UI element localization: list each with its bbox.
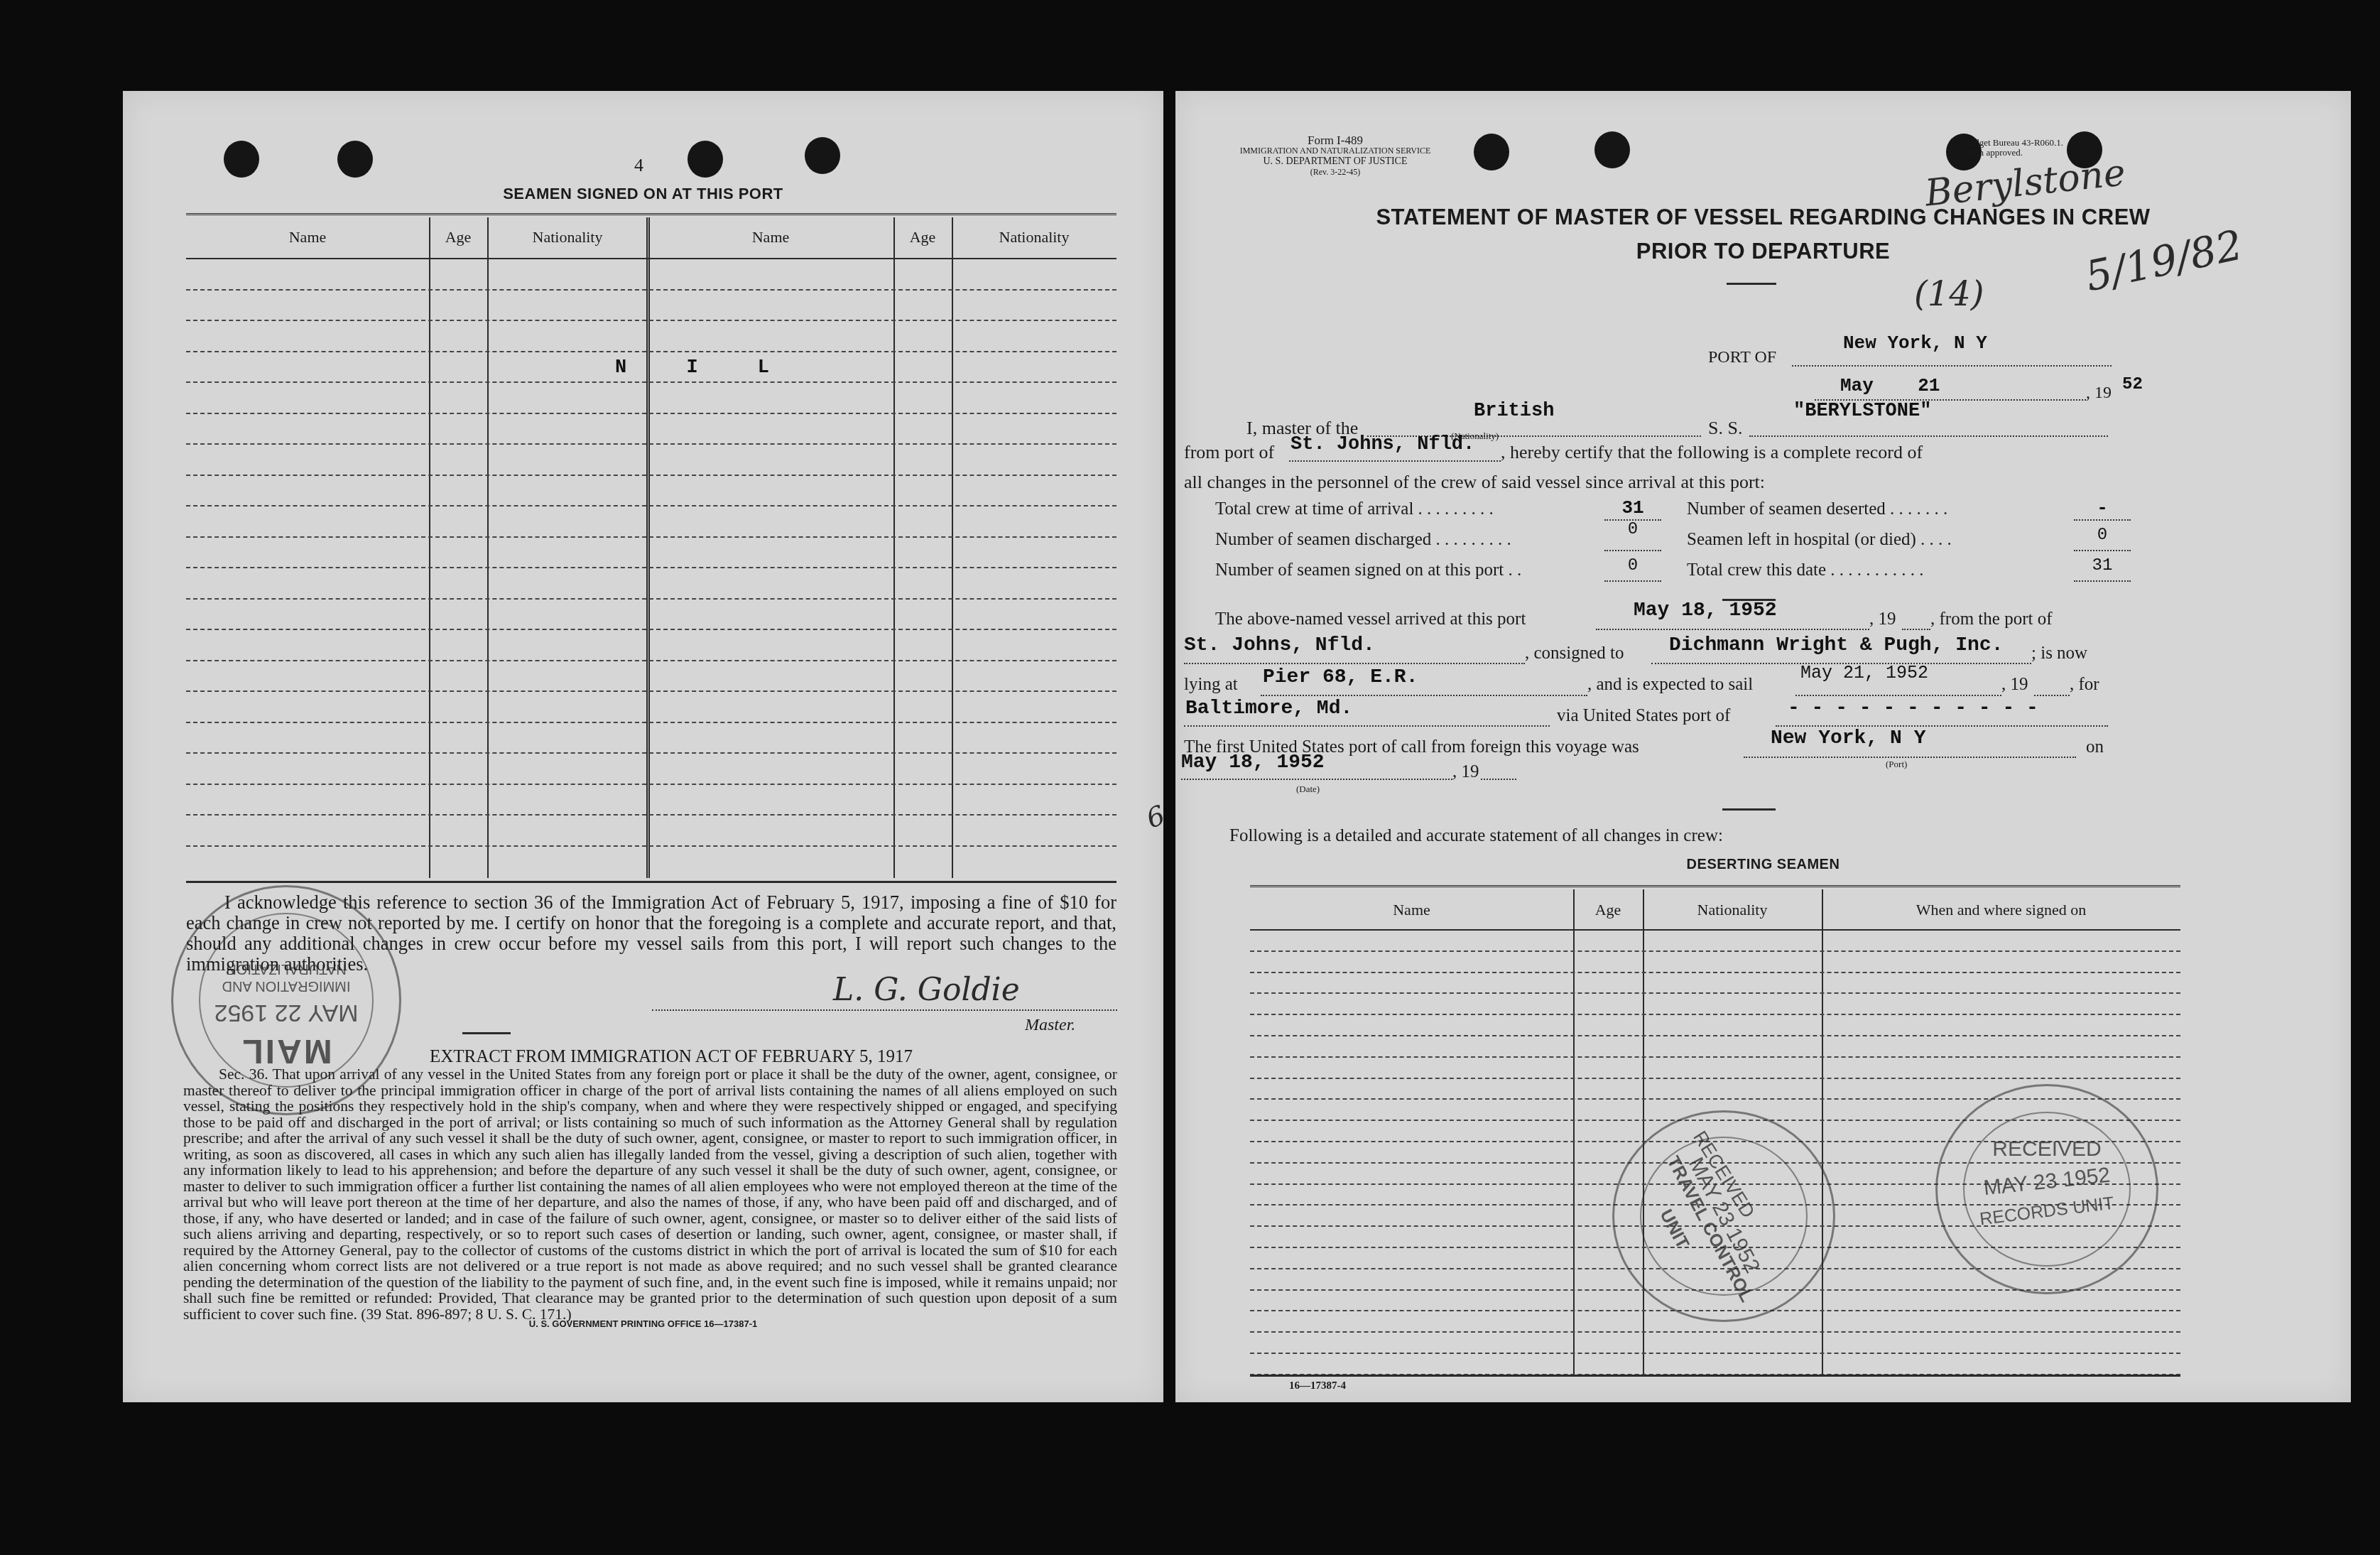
year-label: , 19 xyxy=(1452,762,1479,782)
from-port-label: from port of xyxy=(1184,442,1274,463)
handwritten-date: 5/19/82 xyxy=(2081,220,2246,300)
origin-port-line xyxy=(1184,663,1525,664)
vessel-name[interactable]: "BERYLSTONE" xyxy=(1793,401,1931,422)
stat-line xyxy=(1604,580,1661,582)
separator xyxy=(462,1032,511,1034)
table-row-line xyxy=(1250,972,2180,973)
from-port-field-line xyxy=(1289,460,1501,462)
left-page: 4 SEAMEN SIGNED ON AT THIS PORT Name Age… xyxy=(123,91,1163,1402)
year-prefix: , 19 xyxy=(2086,384,2112,403)
table-row-line xyxy=(186,505,1116,506)
year-line xyxy=(1902,629,1930,630)
table-row-line xyxy=(186,845,1116,847)
nationality-value[interactable]: British xyxy=(1474,401,1554,422)
certify-text-2: all changes in the personnel of the crew… xyxy=(1184,472,1765,493)
table-row-line xyxy=(186,351,1116,352)
column-divider xyxy=(1822,889,1823,1375)
expected-sail-label: , and is expected to sail xyxy=(1587,675,1753,695)
column-header-name: Name xyxy=(1250,901,1573,919)
via-port[interactable]: - - - - - - - - - - - xyxy=(1788,698,2038,720)
year-line xyxy=(2034,695,2070,696)
nationality-caption: (Nationality) xyxy=(1451,430,1499,442)
first-port-line xyxy=(1744,757,2076,758)
stat-discharged-label: Number of seamen discharged . . . . . . … xyxy=(1215,530,1599,550)
destination[interactable]: Baltimore, Md. xyxy=(1185,698,1352,720)
column-header-age: Age xyxy=(1573,901,1643,919)
table-row-line xyxy=(1250,1056,2180,1058)
deserting-table-top-rule xyxy=(1250,885,2180,889)
column-header-name-2: Name xyxy=(648,228,893,246)
table-row-line xyxy=(186,722,1116,723)
via-port-line xyxy=(1776,725,2108,727)
for-label: , for xyxy=(2070,675,2099,695)
mail-stamp: MAIL MAY 22 1952 IMMIGRATION AND NATURAL… xyxy=(171,885,401,1115)
year-line xyxy=(1481,779,1516,780)
table-row-line xyxy=(186,413,1116,414)
separator xyxy=(1722,808,1776,811)
right-page: Form I-489 IMMIGRATION AND NATURALIZATIO… xyxy=(1175,91,2351,1402)
is-now-label: ; is now xyxy=(2031,644,2087,663)
column-divider xyxy=(429,217,430,878)
table-row-line xyxy=(1250,950,2180,952)
destination-line xyxy=(1184,725,1550,727)
revision-date: (Rev. 3-22-45) xyxy=(1218,167,1452,178)
stat-hospital-label: Seamen left in hospital (or died) . . . … xyxy=(1687,530,2092,550)
department-name: U. S. DEPARTMENT OF JUSTICE xyxy=(1218,156,1452,167)
signature-line xyxy=(652,1009,1117,1011)
stat-line xyxy=(1604,550,1661,551)
separator xyxy=(1727,283,1776,285)
table-row-line xyxy=(1250,1353,2180,1354)
printer-line: U. S. GOVERNMENT PRINTING OFFICE 16—1738… xyxy=(123,1318,1163,1329)
from-port-of-label: , from the port of xyxy=(1930,609,2052,629)
stat-total-date-label: Total crew this date . . . . . . . . . .… xyxy=(1687,560,2092,580)
table-row-line xyxy=(186,475,1116,476)
first-port-date[interactable]: May 18, 1952 xyxy=(1181,752,1325,774)
table-row-line xyxy=(1250,992,2180,994)
column-header-nationality: Nationality xyxy=(487,228,648,246)
table-row-line xyxy=(186,814,1116,816)
port-label: PORT OF xyxy=(1708,348,1776,367)
handwritten-number: (14) xyxy=(1914,274,1984,314)
table-row-line xyxy=(186,784,1116,785)
port-caption: (Port) xyxy=(1886,759,1907,770)
deserting-title: DESERTING SEAMEN xyxy=(1175,857,2351,873)
date-value[interactable]: May 21 xyxy=(1840,375,1940,396)
table-row-line xyxy=(186,320,1116,321)
stat-total-date-value[interactable]: 31 xyxy=(2074,556,2131,575)
table-row-line xyxy=(186,289,1116,291)
punch-hole xyxy=(805,137,840,174)
arrival-date[interactable]: May 18, 1952 xyxy=(1634,600,1777,622)
table-row-line xyxy=(186,629,1116,630)
year-label: , 19 xyxy=(2001,675,2028,695)
table-row-line xyxy=(186,567,1116,568)
year-suffix[interactable]: 52 xyxy=(2122,375,2143,394)
consignee[interactable]: Dichmann Wright & Pugh, Inc. xyxy=(1669,634,2003,656)
received-records-unit-stamp: RECEIVED MAY 23 1952 RECORDS UNIT xyxy=(1935,1084,2158,1294)
column-header-age: Age xyxy=(429,228,487,246)
on-label: on xyxy=(2086,737,2104,757)
table-row-line xyxy=(1250,1014,2180,1015)
origin-port[interactable]: St. Johns, Nfld. xyxy=(1184,634,1375,656)
column-divider xyxy=(893,217,895,878)
via-port-label: via United States port of xyxy=(1557,706,1730,726)
column-divider xyxy=(487,217,489,878)
punch-hole xyxy=(1594,131,1630,168)
stat-signed-on-value[interactable]: 0 xyxy=(1604,556,1661,575)
column-divider xyxy=(1573,889,1575,1375)
table-header-rule xyxy=(186,258,1116,259)
page-number: 4 xyxy=(634,155,643,176)
table-top-rule xyxy=(186,213,1116,217)
lying-at-label: lying at xyxy=(1184,675,1238,695)
stat-hospital-value[interactable]: 0 xyxy=(2074,526,2131,545)
ss-label: S. S. xyxy=(1708,418,1742,439)
table-row-line xyxy=(186,752,1116,754)
port-field-line xyxy=(1792,365,2112,367)
punch-hole xyxy=(337,141,373,178)
date-caption: (Date) xyxy=(1296,784,1320,795)
column-divider xyxy=(952,217,953,878)
table-title: SEAMEN SIGNED ON AT THIS PORT xyxy=(123,185,1163,203)
table-row-line xyxy=(1250,1331,2180,1333)
certify-text: , hereby certify that the following is a… xyxy=(1501,442,1923,463)
column-header-nationality-2: Nationality xyxy=(952,228,1116,246)
deserting-table-bottom-rule xyxy=(1250,1375,2180,1377)
column-header-name: Name xyxy=(186,228,429,246)
column-header-nationality: Nationality xyxy=(1643,901,1822,919)
changes-intro: Following is a detailed and accurate sta… xyxy=(1229,826,1723,846)
consigned-label: , consigned to xyxy=(1525,644,1624,663)
deserting-header-rule xyxy=(1250,929,2180,931)
year-label: , 19 xyxy=(1869,609,1896,629)
stat-total-arrival-value[interactable]: 31 xyxy=(1604,497,1661,519)
received-travel-control-stamp: RECEIVED MAY 23 1952 TRAVEL CONTROL UNIT xyxy=(1612,1110,1835,1322)
arrival-date-line xyxy=(1596,629,1869,630)
first-port-date-line xyxy=(1181,779,1452,780)
column-header-age-2: Age xyxy=(893,228,952,246)
stat-line xyxy=(2074,519,2131,521)
table-row-line xyxy=(186,536,1116,538)
table-row-line xyxy=(186,690,1116,692)
stat-line xyxy=(2074,580,2131,582)
berth-line xyxy=(1261,695,1587,696)
table-row-line xyxy=(186,381,1116,383)
table-row-line xyxy=(1250,1035,2180,1036)
punch-hole xyxy=(688,141,723,178)
port-value[interactable]: New York, N Y xyxy=(1843,332,1987,354)
master-signature: L. G. Goldie xyxy=(833,972,1020,1008)
master-label: Master. xyxy=(1025,1016,1075,1035)
form-approved: Form approved. xyxy=(1964,148,2063,158)
nil-entry: N I L xyxy=(615,357,793,379)
column-divider-center xyxy=(646,217,650,878)
column-header-when-where: When and where signed on xyxy=(1822,901,2180,919)
table-row-line xyxy=(186,598,1116,600)
sail-date[interactable]: May 21, 1952 xyxy=(1800,663,1928,683)
vessel-field-line xyxy=(1749,435,2108,437)
berth[interactable]: Pier 68, E.R. xyxy=(1263,666,1418,688)
form-title: STATEMENT OF MASTER OF VESSEL REGARDING … xyxy=(1175,205,2351,230)
table-bottom-rule xyxy=(186,881,1116,883)
first-port[interactable]: New York, N Y xyxy=(1771,727,1925,749)
form-header: Form I-489 IMMIGRATION AND NATURALIZATIO… xyxy=(1218,135,1452,178)
stat-discharged-value[interactable]: 0 xyxy=(1604,520,1661,539)
table-row-line xyxy=(1250,1078,2180,1079)
sail-date-line xyxy=(1795,695,2001,696)
punch-hole xyxy=(1474,134,1509,170)
punch-hole xyxy=(224,141,259,178)
extract-title: EXTRACT FROM IMMIGRATION ACT OF FEBRUARY… xyxy=(391,1047,952,1067)
table-row-line xyxy=(186,443,1116,445)
from-port-value[interactable]: St. Johns, Nfld. xyxy=(1290,434,1474,455)
agency-name: IMMIGRATION AND NATURALIZATION SERVICE xyxy=(1218,146,1452,156)
stat-signed-on-label: Number of seamen signed on at this port … xyxy=(1215,560,1599,580)
stat-deserted-label: Number of seamen deserted . . . . . . . xyxy=(1687,499,2092,519)
stat-line xyxy=(2074,550,2131,551)
stat-deserted-value[interactable]: - xyxy=(2074,497,2131,519)
stat-total-arrival-label: Total crew at time of arrival . . . . . … xyxy=(1215,499,1599,519)
column-divider xyxy=(1643,889,1644,1375)
arrival-label: The above-named vessel arrived at this p… xyxy=(1215,609,1526,629)
table-row-line xyxy=(186,660,1116,661)
budget-approval: Budget Bureau 43-R060.1. Form approved. xyxy=(1964,138,2063,158)
form-number: Form I-489 xyxy=(1218,135,1452,146)
printer-line: 16—17387-4 xyxy=(1289,1380,1346,1392)
budget-number: Budget Bureau 43-R060.1. xyxy=(1964,138,2063,148)
